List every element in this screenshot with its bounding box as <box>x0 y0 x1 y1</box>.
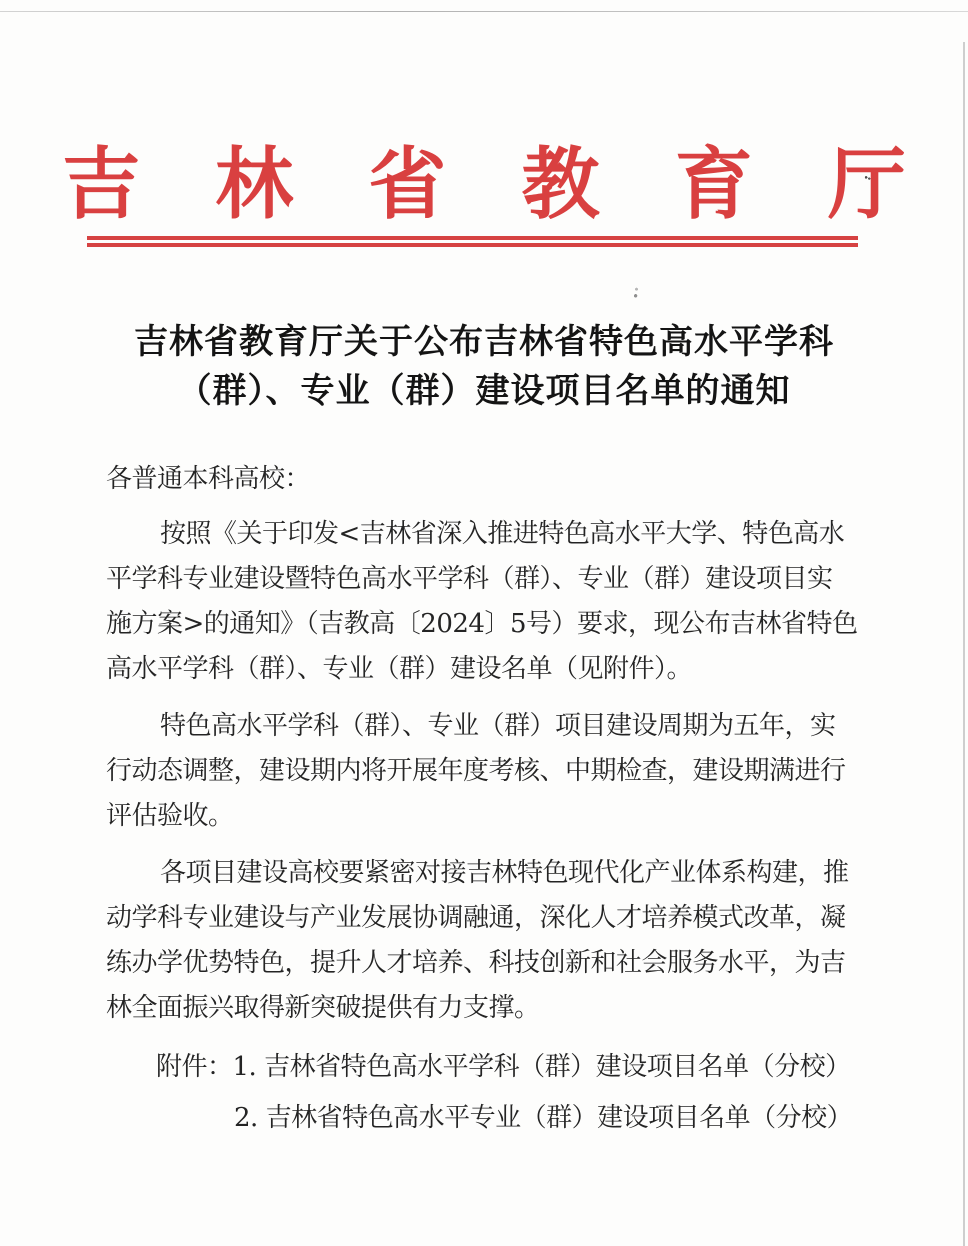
scan-artifact-speck <box>632 287 641 298</box>
salutation: 各普通本科高校： <box>106 458 854 500</box>
paragraph-1-line: 按照《关于印发<吉林省深入推进特色高水平大学、特色高水 <box>106 512 854 557</box>
paragraph-3-line: 动学科专业建设与产业发展协调融通，深化人才培养模式改革，凝 <box>106 896 854 941</box>
scan-top-hairline <box>0 11 968 12</box>
paragraph-3-line: 练办学优势特色，提升人才培养、科技创新和社会服务水平，为吉 <box>106 941 854 986</box>
paragraph-3-line: 各项目建设高校要紧密对接吉林特色现代化产业体系构建，推 <box>106 851 854 896</box>
document-title-line2: （群）、专业（群）建设项目名单的通知 <box>0 367 968 416</box>
paragraph-1-line: 施方案>的通知》（吉教高〔2024〕5号）要求，现公布吉林省特色 <box>106 602 854 647</box>
letterhead-divider-top-line <box>87 236 858 240</box>
attachment-item-2-text: 2. 吉林省特色高水平专业（群）建设项目名单（分校） <box>234 1103 852 1133</box>
document-title: 吉林省教育厅关于公布吉林省特色高水平学科 （群）、专业（群）建设项目名单的通知 <box>0 318 968 416</box>
letterhead-divider-bottom-line <box>87 243 858 247</box>
document-title-line1: 吉林省教育厅关于公布吉林省特色高水平学科 <box>0 318 968 367</box>
letterhead-title: 吉 林 省 教 育 厅 <box>0 142 968 228</box>
document-body: 各普通本科高校： 按照《关于印发<吉林省深入推进特色高水平大学、特色高水 平学科… <box>106 458 854 1031</box>
paragraph-2-line: 特色高水平学科（群）、专业（群）项目建设周期为五年，实 <box>106 704 854 749</box>
attachments-list: 附件：1. 吉林省特色高水平学科（群）建设项目名单（分校） 2. 吉林省特色高水… <box>106 1042 886 1144</box>
paragraph-1-line: 高水平学科（群）、专业（群）建设名单（见附件）。 <box>106 647 854 692</box>
paragraph-1: 按照《关于印发<吉林省深入推进特色高水平大学、特色高水 平学科专业建设暨特色高水… <box>106 512 854 692</box>
attachments-label: 附件： <box>156 1052 233 1082</box>
document-page: 吉 林 省 教 育 厅 吉林省教育厅关于公布吉林省特色高水平学科 （群）、专业（… <box>0 0 968 1246</box>
letterhead-divider <box>87 236 858 247</box>
attachment-item-2: 2. 吉林省特色高水平专业（群）建设项目名单（分校） <box>106 1093 886 1144</box>
paragraph-2-line: 行动态调整，建设期内将开展年度考核、中期检查，建设期满进行 <box>106 749 854 794</box>
attachment-item-1: 附件：1. 吉林省特色高水平学科（群）建设项目名单（分校） <box>106 1042 886 1093</box>
paragraph-3-line: 林全面振兴取得新突破提供有力支撑。 <box>106 986 854 1031</box>
paragraph-3: 各项目建设高校要紧密对接吉林特色现代化产业体系构建，推 动学科专业建设与产业发展… <box>106 851 854 1031</box>
paragraph-2: 特色高水平学科（群）、专业（群）项目建设周期为五年，实 行动态调整，建设期内将开… <box>106 704 854 839</box>
attachment-item-1-text: 1. 吉林省特色高水平学科（群）建设项目名单（分校） <box>233 1052 851 1082</box>
paragraph-1-line: 平学科专业建设暨特色高水平学科（群）、专业（群）建设项目实 <box>106 557 854 602</box>
paragraph-2-line: 评估验收。 <box>106 794 854 839</box>
